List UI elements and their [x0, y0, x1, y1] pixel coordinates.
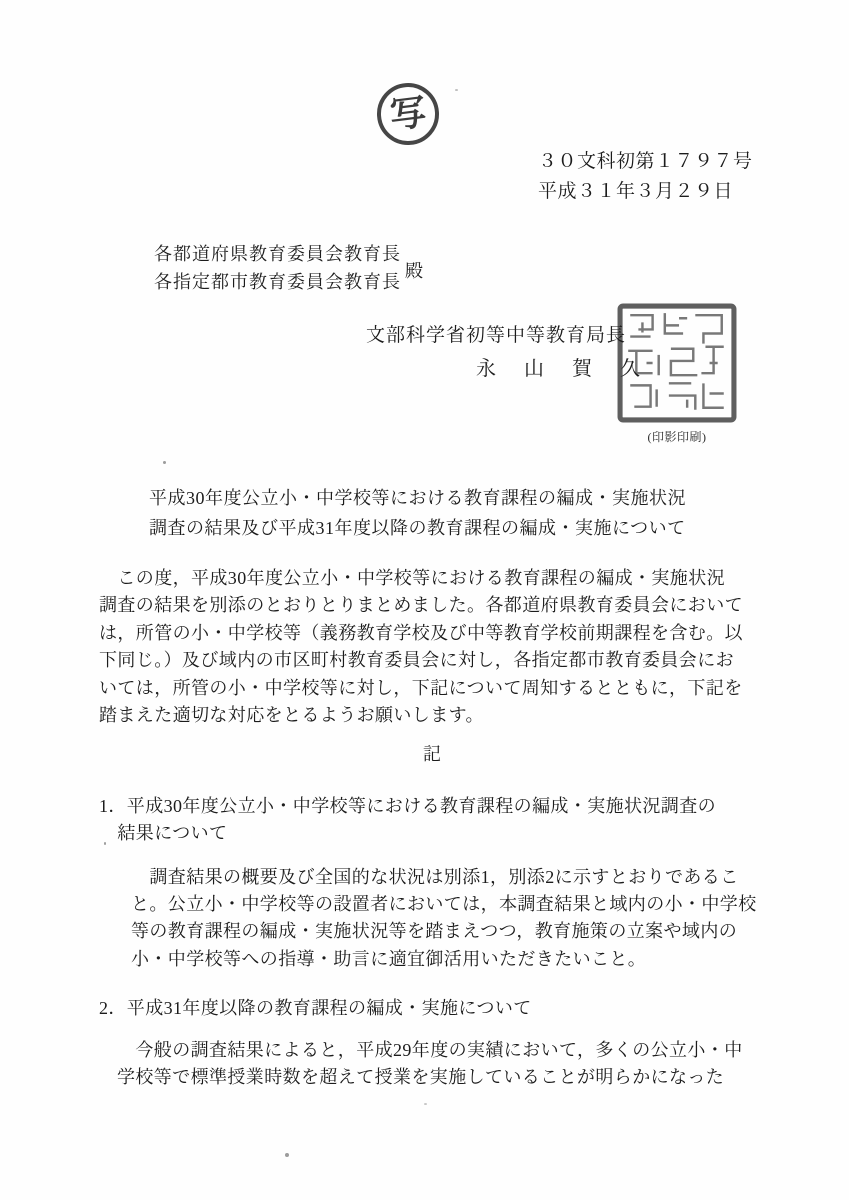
scan-noise-speck [285, 1153, 289, 1157]
document-date: 平成３１年３月２９日 [538, 177, 753, 207]
scan-noise-speck [104, 842, 106, 845]
scan-noise-speck [424, 1103, 427, 1105]
document-meta: ３０文科初第１７９７号 平成３１年３月２９日 [538, 147, 753, 207]
copy-stamp-icon: 写 [375, 81, 441, 147]
scan-noise-speck [163, 461, 166, 464]
section1-heading: 1．平成30年度公立小・中学校等における教育課程の編成・実施状況調査の 結果につ… [99, 793, 767, 848]
seal-caption: (印影印刷) [616, 428, 738, 445]
section2-heading: 2．平成31年度以降の教育課程の編成・実施について [99, 995, 767, 1022]
addressee-list: 各都道府県教育委員会教育長 各指定都市教育委員会教育長 [154, 240, 401, 296]
section1-body: 調査結果の概要及び全国的な状況は別添1，別添2に示すとおりであるこ と。公立小・… [131, 864, 767, 974]
section2-body: 今般の調査結果によると，平成29年度の実績において，多くの公立小・中 学校等で標… [117, 1037, 767, 1092]
scan-noise-speck [455, 89, 458, 91]
document-body: この度，平成30年度公立小・中学校等における教育課程の編成・実施状況 調査の結果… [99, 565, 767, 1092]
ki-marker: 記 [99, 741, 767, 768]
honorific-dono: 殿 [405, 257, 423, 283]
document-subject: 平成30年度公立小・中学校等における教育課程の編成・実施状況 調査の結果及び平成… [149, 483, 686, 543]
copy-stamp-character: 写 [388, 94, 428, 134]
scanned-document-page: 写 ３０文科初第１７９７号 平成３１年３月２９日 各都道府県教育委員会教育長 各… [0, 0, 849, 1200]
opening-paragraph: この度，平成30年度公立小・中学校等における教育課程の編成・実施状況 調査の結果… [99, 565, 767, 729]
sender-name: 永 山 賀 久 [476, 352, 644, 381]
document-number: ３０文科初第１７９７号 [538, 147, 753, 177]
sender-title: 文部科学省初等中等教育局長 [366, 320, 626, 347]
